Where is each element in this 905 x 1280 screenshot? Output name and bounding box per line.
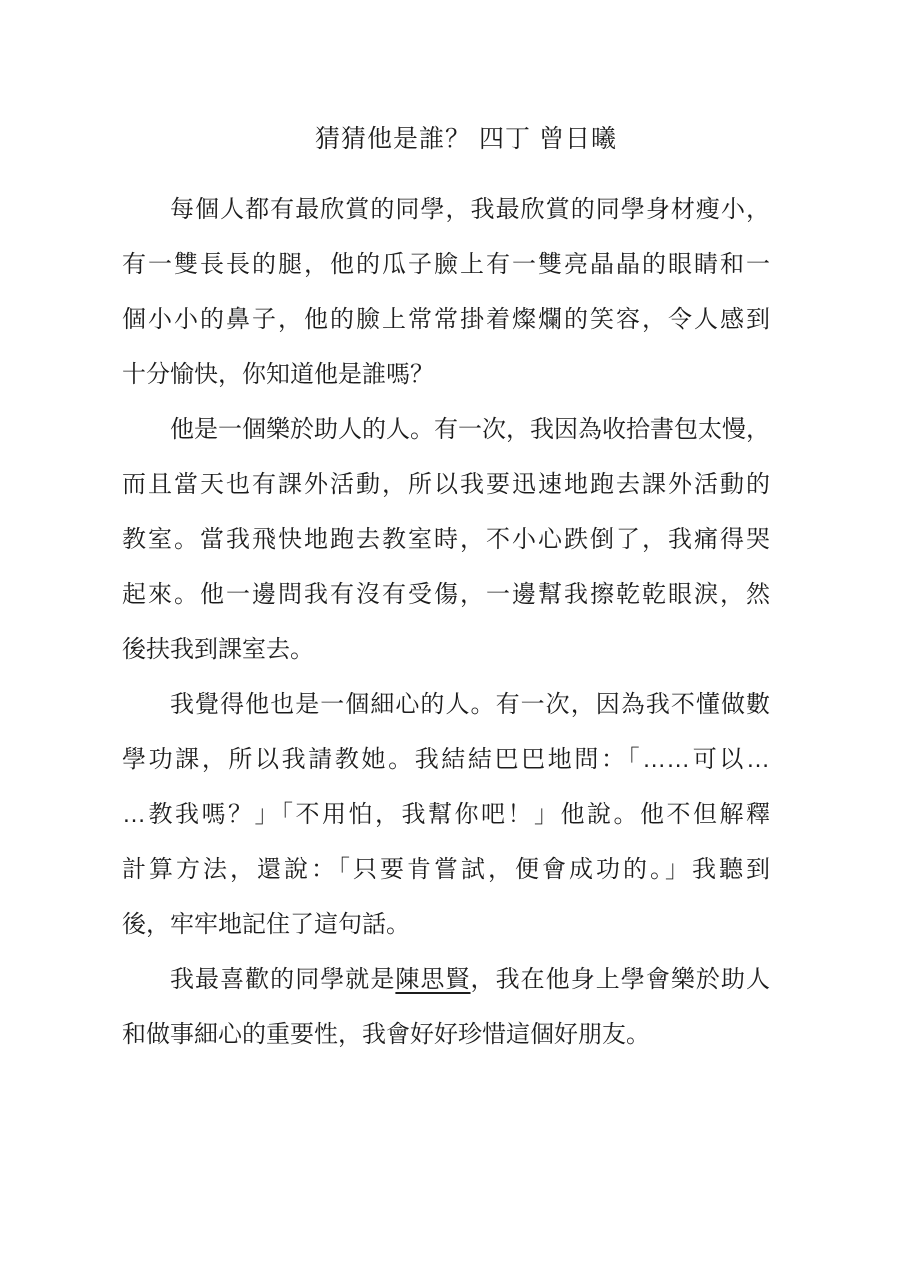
text-line: 我最喜歡的同學就是陳思賢，我在他身上學會樂於助人 [122,952,770,1007]
paragraph-1: 每個人都有最欣賞的同學，我最欣賞的同學身材瘦小， 有一雙長長的腿，他的瓜子臉上有… [122,182,770,402]
text-line: 教室。當我飛快地跑去教室時，不小心跌倒了，我痛得哭 [122,512,770,567]
text-segment: ，我在他身上學會樂於助人 [471,966,770,993]
paragraph-2: 他是一個樂於助人的人。有一次，我因為收拾書包太慢， 而且當天也有課外活動，所以我… [122,402,770,677]
essay-content: 猜猜他是誰？ 四丁 曾日曦 每個人都有最欣賞的同學，我最欣賞的同學身材瘦小， 有… [122,112,770,1062]
text-line: 而且當天也有課外活動，所以我要迅速地跑去課外活動的 [122,457,770,512]
essay-title: 猜猜他是誰？ 四丁 曾日曦 [122,112,770,167]
text-line: 十分愉快，你知道他是誰嗎？ [122,347,770,402]
text-line: 學功課，所以我請教她。我結結巴巴地問：「……可以… [122,732,770,787]
text-line: 起來。他一邊問我有沒有受傷，一邊幫我擦乾乾眼淚，然 [122,567,770,622]
text-line: …教我嗎？」「不用怕，我幫你吧！」他說。他不但解釋 [122,787,770,842]
paragraph-4: 我最喜歡的同學就是陳思賢，我在他身上學會樂於助人 和做事細心的重要性，我會好好珍… [122,952,770,1062]
text-line: 計算方法，還說：「只要肯嘗試，便會成功的。」我聽到 [122,842,770,897]
text-segment: 我最喜歡的同學就是 [170,966,395,993]
paragraph-3: 我覺得他也是一個細心的人。有一次，因為我不懂做數 學功課，所以我請教她。我結結巴… [122,677,770,952]
text-line: 後，牢牢地記住了這句話。 [122,897,770,952]
text-line: 和做事細心的重要性，我會好好珍惜這個好朋友。 [122,1007,770,1062]
text-line: 有一雙長長的腿，他的瓜子臉上有一雙亮晶晶的眼睛和一 [122,237,770,292]
text-line: 個小小的鼻子，他的臉上常常掛着燦爛的笑容，令人感到 [122,292,770,347]
text-line: 後扶我到課室去。 [122,622,770,677]
text-line: 他是一個樂於助人的人。有一次，我因為收拾書包太慢， [122,402,770,457]
text-line: 我覺得他也是一個細心的人。有一次，因為我不懂做數 [122,677,770,732]
document-page: 猜猜他是誰？ 四丁 曾日曦 每個人都有最欣賞的同學，我最欣賞的同學身材瘦小， 有… [0,0,905,1280]
text-line: 每個人都有最欣賞的同學，我最欣賞的同學身材瘦小， [122,182,770,237]
classmate-name-underlined: 陳思賢 [395,966,470,993]
